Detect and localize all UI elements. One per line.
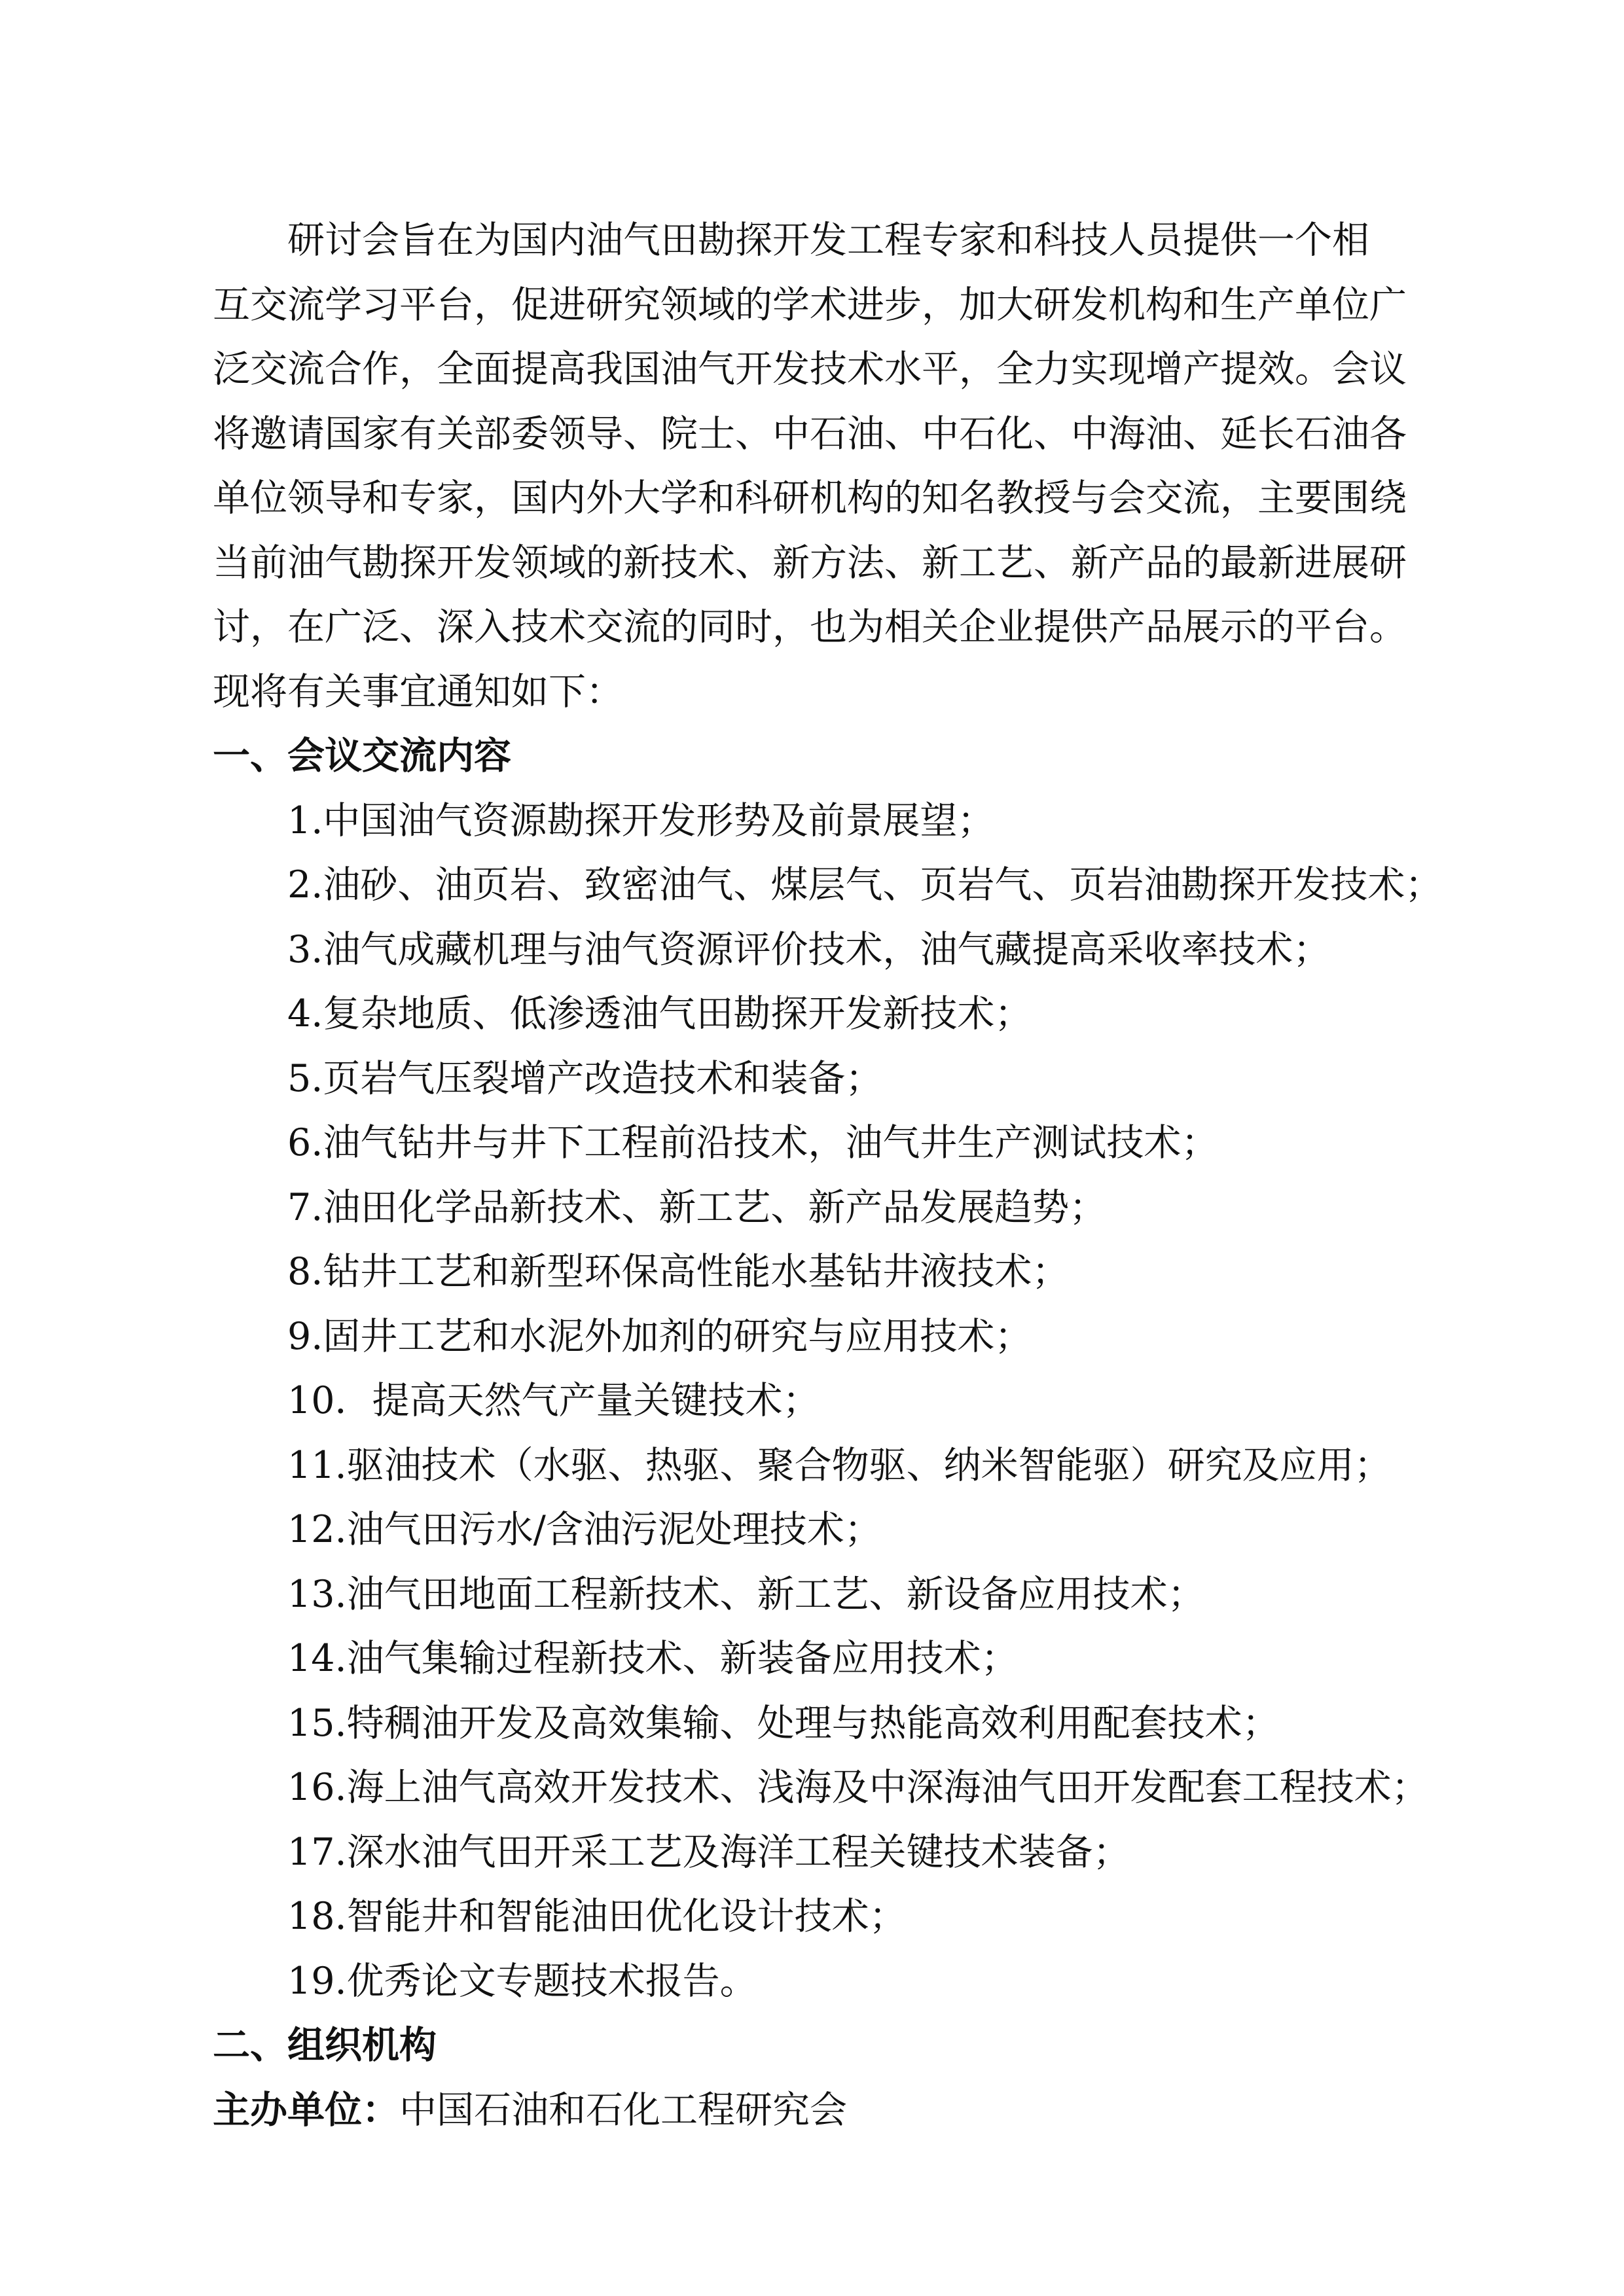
intro-line: 研讨会旨在为国内油气田勘探开发工程专家和科技人员提供一个相 [213, 208, 1414, 273]
topic-list: 1.中国油气资源勘探开发形势及前景展望； 2.油砂、油页岩、致密油气、煤层气、页… [213, 789, 1414, 2014]
list-item: 14.油气集输过程新技术、新装备应用技术； [213, 1626, 1414, 1691]
intro-line: 当前油气勘探开发领域的新技术、新方法、新工艺、新产品的最新进展研 [213, 531, 1414, 596]
list-item: 9.固井工艺和水泥外加剂的研究与应用技术； [213, 1304, 1414, 1369]
list-item: 17.深水油气田开采工艺及海洋工程关键技术装备； [213, 1820, 1414, 1885]
list-item: 16.海上油气高效开发技术、浅海及中深海油气田开发配套工程技术； [213, 1755, 1414, 1820]
host-organization: 主办单位：中国石油和石化工程研究会 [213, 2078, 1414, 2143]
intro-paragraph: 研讨会旨在为国内油气田勘探开发工程专家和科技人员提供一个相 互交流学习平台，促进… [213, 208, 1414, 724]
document-page: 研讨会旨在为国内油气田勘探开发工程专家和科技人员提供一个相 互交流学习平台，促进… [213, 208, 1414, 2142]
intro-line: 单位领导和专家，国内外大学和科研机构的知名教授与会交流，主要围绕 [213, 466, 1414, 531]
list-item: 11.驱油技术（水驱、热驱、聚合物驱、纳米智能驱）研究及应用； [213, 1433, 1414, 1498]
list-item: 2.油砂、油页岩、致密油气、煤层气、页岩气、页岩油勘探开发技术； [213, 853, 1414, 918]
list-item: 12.油气田污水/含油污泥处理技术； [213, 1498, 1414, 1562]
intro-line: 泛交流合作，全面提高我国油气开发技术水平，全力实现增产提效。会议 [213, 337, 1414, 402]
list-item: 4.复杂地质、低渗透油气田勘探开发新技术； [213, 982, 1414, 1047]
section-heading-organization: 二、组织机构 [213, 2013, 1414, 2078]
section-heading-meeting-content: 一、会议交流内容 [213, 724, 1414, 789]
intro-line: 互交流学习平台，促进研究领域的学术进步，加大研发机构和生产单位广 [213, 273, 1414, 338]
list-item: 13.油气田地面工程新技术、新工艺、新设备应用技术； [213, 1562, 1414, 1627]
list-item: 1.中国油气资源勘探开发形势及前景展望； [213, 789, 1414, 853]
list-item: 7.油田化学品新技术、新工艺、新产品发展趋势； [213, 1175, 1414, 1240]
host-label: 主办单位： [213, 2088, 399, 2132]
host-value: 中国石油和石化工程研究会 [399, 2089, 847, 2132]
list-item: 6.油气钻井与井下工程前沿技术，油气井生产测试技术； [213, 1111, 1414, 1175]
list-item: 18.智能井和智能油田优化设计技术； [213, 1884, 1414, 1949]
intro-line: 将邀请国家有关部委领导、院士、中石油、中石化、中海油、延长石油各 [213, 402, 1414, 467]
intro-line: 现将有关事宜通知如下： [213, 660, 1414, 725]
list-item: 19.优秀论文专题技术报告。 [213, 1949, 1414, 2014]
list-item: 8.钻井工艺和新型环保高性能水基钻井液技术； [213, 1240, 1414, 1304]
list-item: 5.页岩气压裂增产改造技术和装备； [213, 1047, 1414, 1111]
list-item: 15.特稠油开发及高效集输、处理与热能高效利用配套技术； [213, 1691, 1414, 1756]
intro-line: 讨，在广泛、深入技术交流的同时，也为相关企业提供产品展示的平台。 [213, 595, 1414, 660]
list-item: 10．提高天然气产量关键技术； [213, 1369, 1414, 1433]
list-item: 3.油气成藏机理与油气资源评价技术，油气藏提高采收率技术； [213, 918, 1414, 982]
